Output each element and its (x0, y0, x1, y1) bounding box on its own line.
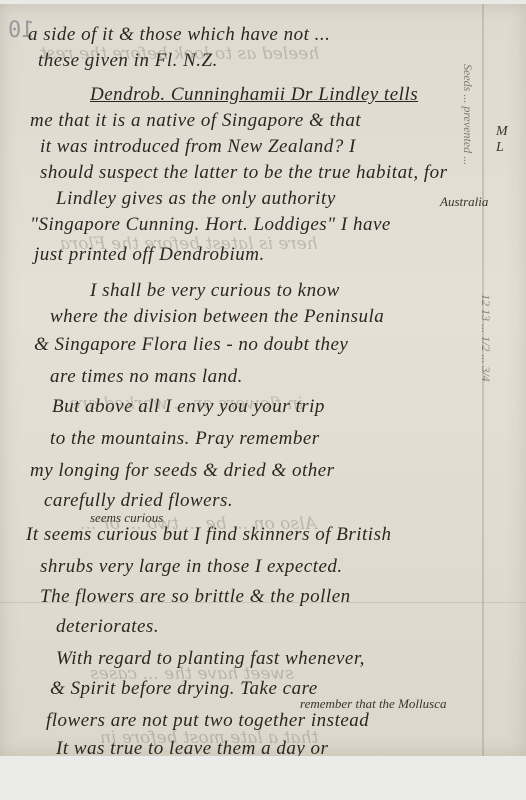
text-line: With regard to planting fast whenever, (56, 648, 365, 670)
text-line: shrubs very large in those I expected. (40, 556, 343, 578)
text-line: carefully dried flowers. (44, 490, 233, 512)
text-line: "Singapore Cunning. Hort. Loddiges" I ha… (30, 214, 391, 236)
text-line: flowers are not put two together instead (46, 710, 369, 732)
text-line: & Singapore Flora lies - no doubt they (34, 334, 348, 356)
text-line: should suspect the latter to be the true… (40, 162, 448, 184)
margin-note: 12 13 ... 1/2 ... 3/4 (478, 294, 493, 382)
text-line: Dendrob. Cunninghamii Dr Lindley tells (90, 84, 418, 106)
text-line: It seems curious but I find skinners of … (26, 524, 391, 546)
text-line: The flowers are so brittle & the pollen (40, 586, 351, 608)
margin-insertion: Australia (440, 194, 488, 210)
background-strip (0, 756, 526, 800)
text-line: & Spirit before drying. Take care (50, 678, 318, 700)
text-line: my longing for seeds & dried & other (30, 460, 335, 482)
text-line: where the division between the Peninsula (50, 306, 384, 328)
text-line: a side of it & those which have not ... (28, 24, 330, 46)
text-line: just printed off Dendrobium. (34, 244, 265, 266)
text-line: it was introduced from New Zealand? I (40, 136, 356, 158)
text-line: to the mountains. Pray remember (50, 428, 320, 450)
text-line: Lindley gives as the only authority (56, 188, 336, 210)
letter-page: 10 heeled as to look before the rest her… (0, 4, 526, 756)
text-line: are times no mans land. (50, 366, 243, 388)
text-line: these given in Fl. N.Z. (38, 50, 218, 72)
margin-note-right: ML (496, 124, 508, 156)
margin-note: Seeds ... prevented ... (460, 64, 475, 165)
text-line: But above all I envy you your trip (52, 396, 325, 418)
text-line: I shall be very curious to know (90, 280, 340, 302)
text-line: deteriorates. (56, 616, 159, 638)
text-line: me that it is a native of Singapore & th… (30, 110, 361, 132)
